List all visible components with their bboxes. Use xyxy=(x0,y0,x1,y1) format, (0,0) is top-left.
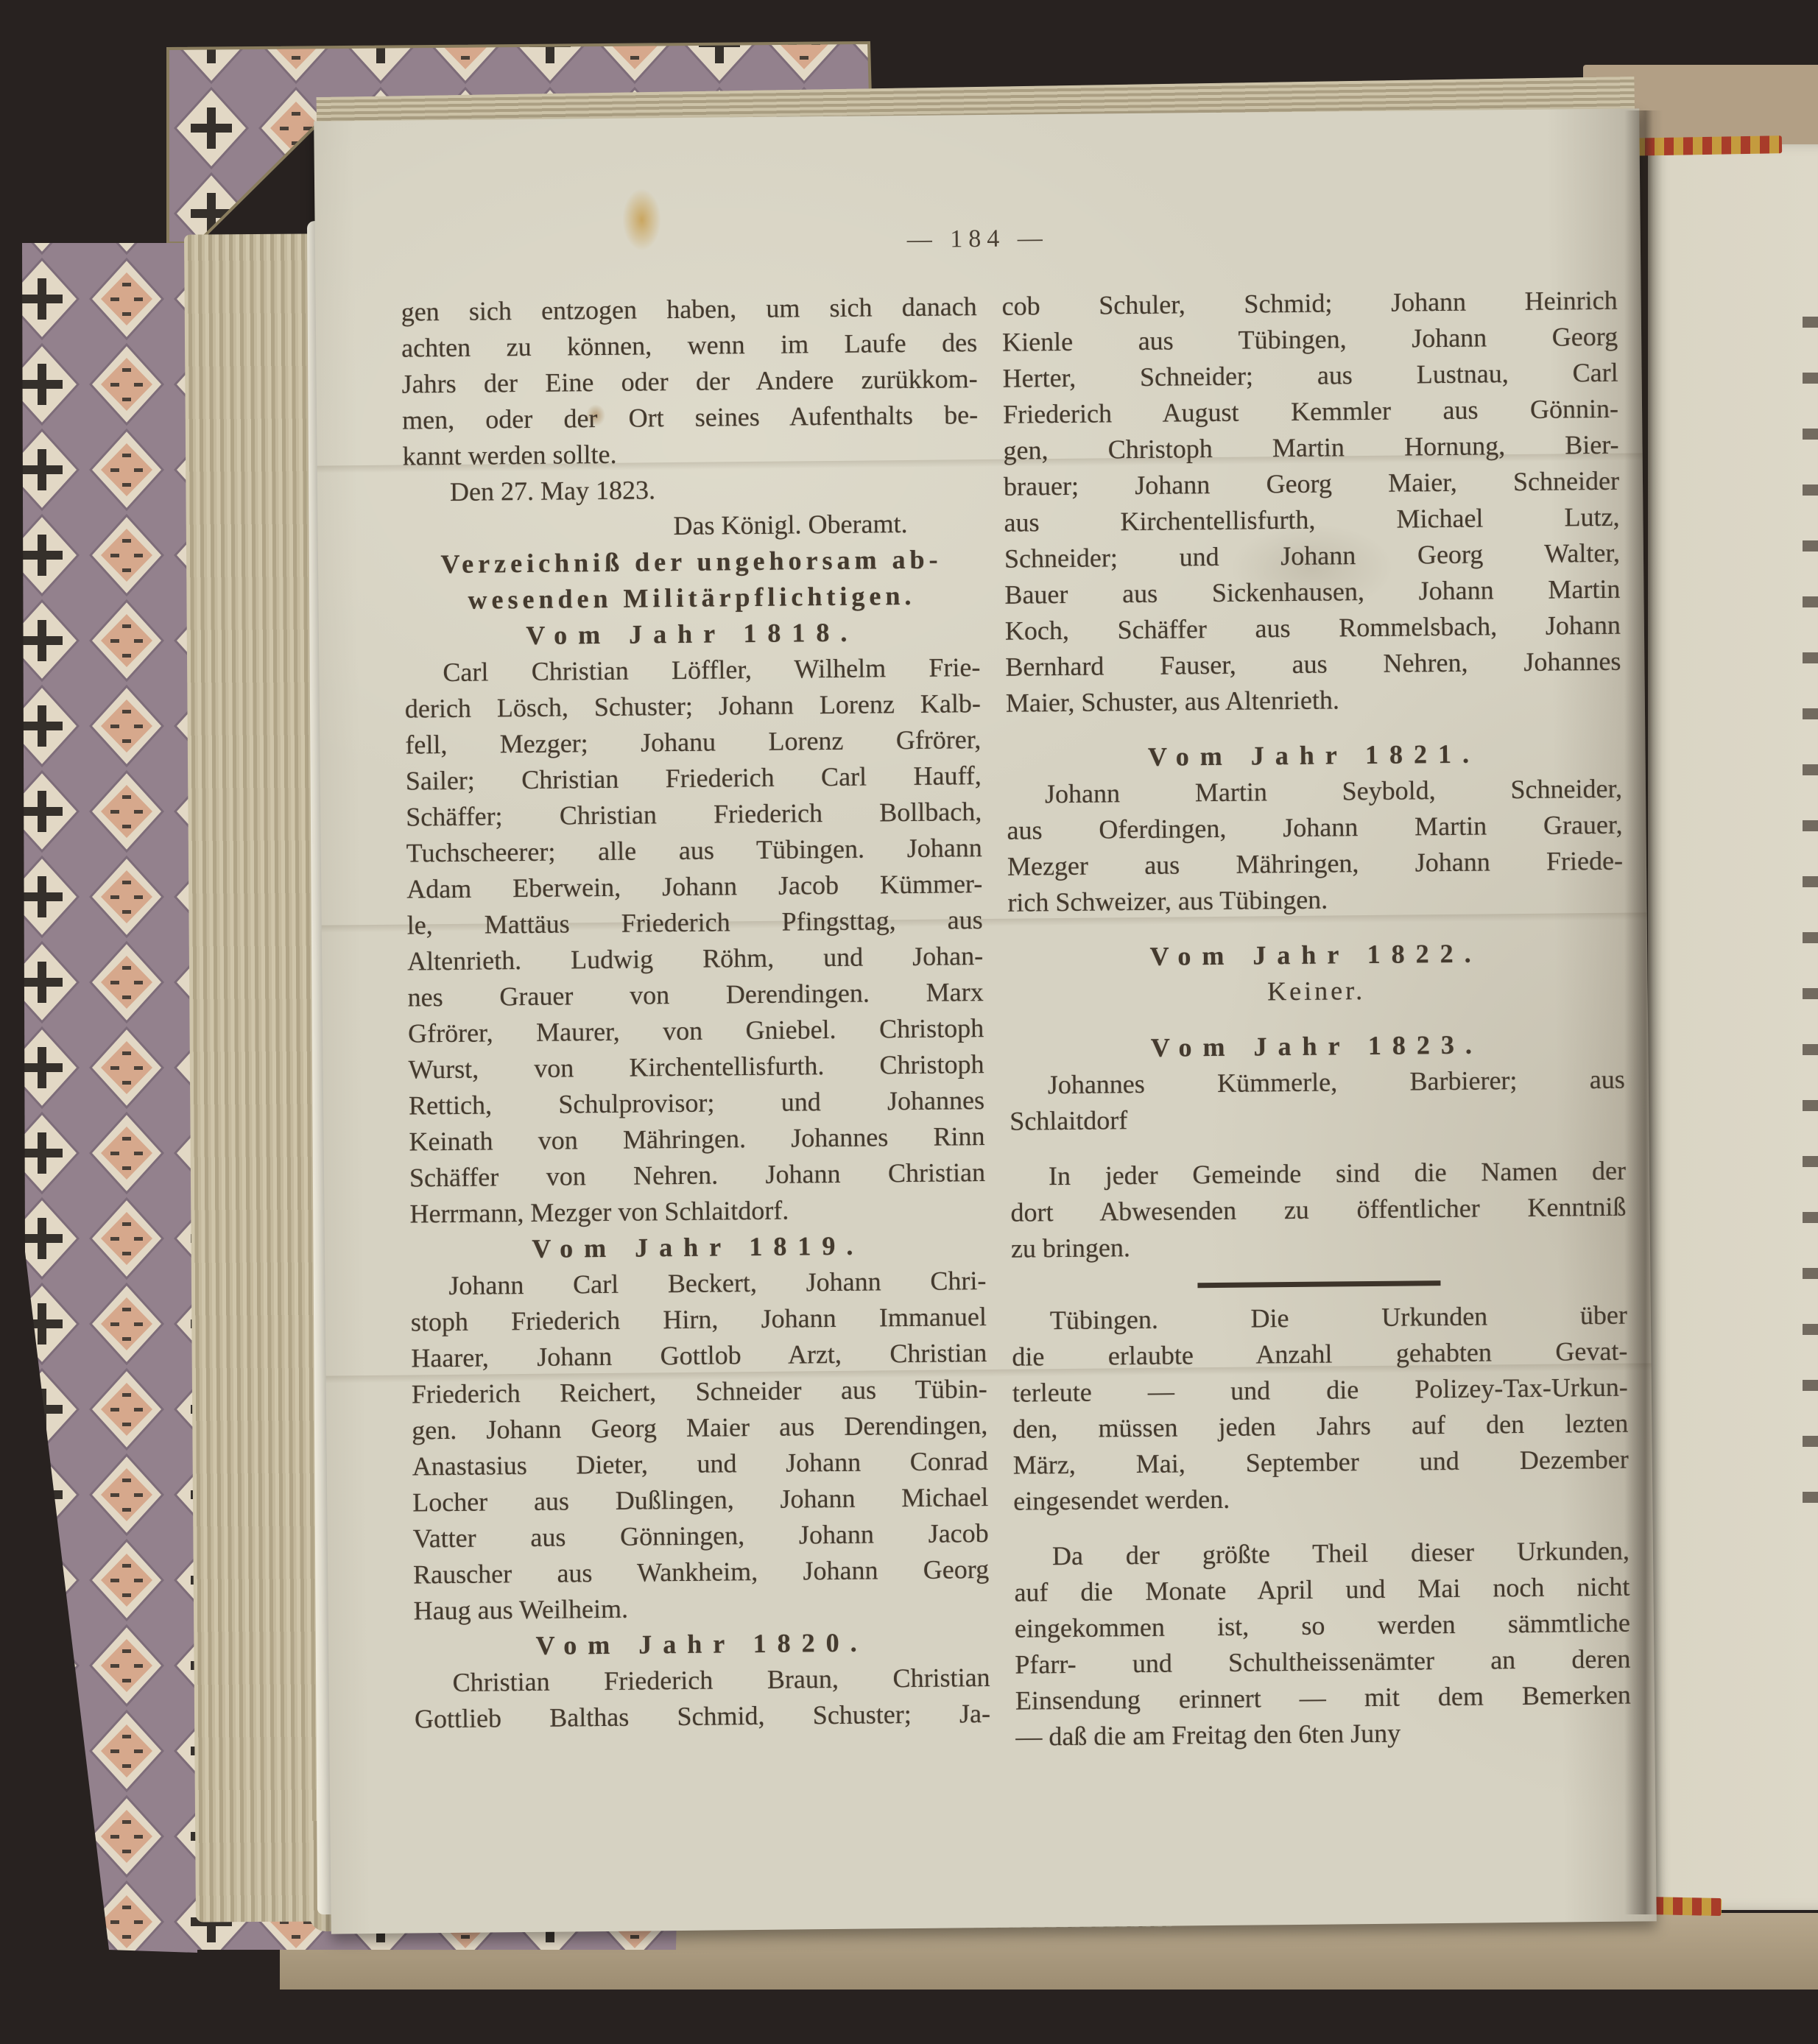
text-line: Johann Martin Seybold, Schneider, xyxy=(1007,771,1622,813)
text-line: Herrmann, Mezger von Schlaitdorf. xyxy=(409,1191,985,1233)
text-line: Haug aus Weilheim. xyxy=(413,1587,989,1629)
text-line: nes Grauer von Derendingen. Marx xyxy=(407,974,983,1016)
book-page: — 184 — gen sich entzogen haben, um sich… xyxy=(314,108,1657,1934)
text-line: eingekommen ist, so werden sämmtliche xyxy=(1015,1605,1630,1647)
text-line: Friederich August Kemmler aus Gönnin- xyxy=(1003,391,1618,433)
text-line: Keiner. xyxy=(1008,970,1624,1012)
text-line: Johann Carl Beckert, Johann Chri- xyxy=(410,1263,986,1305)
text-line: Pfarr- und Schultheissenämter an deren xyxy=(1015,1641,1630,1683)
text-line: derich Lösch, Schuster; Johann Lorenz Ka… xyxy=(405,686,981,727)
text-line: Keinath von Mähringen. Johannes Rinn xyxy=(409,1118,984,1160)
text-line: Einsendung erinnert — mit dem Bemerken xyxy=(1015,1677,1631,1719)
text-line: zu bringen. xyxy=(1011,1225,1627,1267)
text-line: In jeder Gemeinde sind die Namen der xyxy=(1010,1153,1626,1195)
text-line: Verzeichniß der ungehorsam ab- xyxy=(404,541,979,583)
text-line: — daß die am Freitag den 6ten Juny xyxy=(1015,1713,1631,1755)
text-line: Locher aus Dußlingen, Johann Michael xyxy=(412,1479,988,1521)
text-line: gen sich entzogen haben, um sich danach xyxy=(401,289,976,331)
text-line: Anastasius Dieter, und Johann Conrad xyxy=(412,1443,988,1485)
text-line: Haarer, Johann Gottlob Arzt, Christian xyxy=(411,1335,987,1377)
text-line: Herter, Schneider; aus Lustnau, Carl xyxy=(1002,355,1618,397)
text-line: rich Schweizer, aus Tübingen. xyxy=(1007,879,1623,921)
text-line: Christian Friederich Braun, Christian xyxy=(414,1660,990,1702)
text-line: Rauscher aus Wankheim, Johann Georg xyxy=(413,1551,989,1593)
text-line: Vom Jahr 1819. xyxy=(410,1227,986,1269)
gutter-shadow xyxy=(1624,110,1663,1914)
text-line: Vatter aus Gönningen, Johann Jacob xyxy=(412,1515,988,1557)
text-line: Tübingen. Die Urkunden über xyxy=(1012,1297,1627,1339)
text-line: Schneider; und Johann Georg Walter, xyxy=(1004,535,1620,577)
text-line: Vom Jahr 1822. xyxy=(1008,934,1624,976)
text-line: achten zu können, wenn im Laufe des xyxy=(401,325,977,367)
text-line: dort Abwesenden zu öffentlicher Kenntniß xyxy=(1010,1189,1626,1231)
text-line: Schäffer; Christian Friederich Bollbach, xyxy=(406,794,982,836)
right-column: cob Schuler, Schmid; Johann HeinrichKien… xyxy=(1001,283,1631,1755)
text-line: Vom Jahr 1821. xyxy=(1006,735,1621,777)
text-line: Vom Jahr 1823. xyxy=(1009,1026,1624,1068)
text-line: März, Mai, September und Dezember xyxy=(1013,1442,1629,1484)
text-line: Johannes Kümmerle, Barbierer; aus xyxy=(1010,1062,1625,1104)
text-line: men, oder der Ort seines Aufenthalts be- xyxy=(402,397,978,439)
text-line: Sailer; Christian Friederich Carl Hauff, xyxy=(406,758,982,800)
photographed-open-book: — 184 — gen sich entzogen haben, um sich… xyxy=(0,0,1818,2044)
facing-page-cropped-text xyxy=(1803,317,1818,1509)
text-line: Mezger aus Mähringen, Johann Friede- xyxy=(1007,843,1623,885)
text-line: Carl Christian Löffler, Wilhelm Frie- xyxy=(404,649,980,691)
text-line: Koch, Schäffer aus Rommelsbach, Johann xyxy=(1005,607,1621,649)
text-line: eingesendet werden. xyxy=(1013,1478,1629,1520)
text-line: Vom Jahr 1818. xyxy=(404,613,980,655)
text-line: Altenrieth. Ludwig Röhm, und Johan- xyxy=(407,938,983,980)
text-line: die erlaubte Anzahl gehabten Gevat- xyxy=(1012,1333,1627,1375)
text-line: terleute — und die Polizey-Tax-Urkun- xyxy=(1012,1370,1628,1412)
facing-page-sliver xyxy=(1648,144,1818,1910)
text-line: Den 27. May 1823. xyxy=(403,469,979,511)
text-line: Bauer aus Sickenhausen, Johann Martin xyxy=(1004,571,1620,613)
text-line: Vom Jahr 1820. xyxy=(414,1624,990,1666)
text-line: Kienle aus Tübingen, Johann Georg xyxy=(1002,319,1618,361)
text-line: Bernhard Fauser, aus Nehren, Johannes xyxy=(1005,644,1621,686)
text-line: Gfrörer, Maurer, von Gniebel. Christoph xyxy=(408,1010,984,1052)
text-line: gen. Johann Georg Maier aus Derendingen, xyxy=(412,1407,987,1449)
text-line: Adam Eberwein, Johann Jacob Kümmer- xyxy=(406,866,982,908)
text-line: Das Königl. Oberamt. xyxy=(403,505,979,547)
text-line: aus Oferdingen, Johann Martin Grauer, xyxy=(1007,807,1622,849)
text-line: Gottlieb Balthas Schmid, Schuster; Ja- xyxy=(415,1696,990,1738)
text-line: auf die Monate April und Mai noch nicht xyxy=(1014,1569,1629,1611)
text-line: kannt werden sollte. xyxy=(402,433,978,475)
text-line: Schlaitdorf xyxy=(1010,1098,1625,1140)
text-line: Tuchscheerer; alle aus Tübingen. Johann xyxy=(406,830,982,872)
text-line: gen, Christoph Martin Hornung, Bier- xyxy=(1003,427,1618,469)
left-column: gen sich entzogen haben, um sich danacha… xyxy=(401,289,990,1737)
text-line: wesenden Militärpflichtigen. xyxy=(404,577,979,619)
text-line: cob Schuler, Schmid; Johann Heinrich xyxy=(1001,283,1617,325)
text-line: Wurst, von Kirchentellisfurth. Christoph xyxy=(408,1046,984,1088)
text-line: Maier, Schuster, aus Altenrieth. xyxy=(1006,680,1621,722)
text-line: stoph Friederich Hirn, Johann Immanuel xyxy=(411,1299,987,1341)
text-line: le, Mattäus Friederich Pfingsttag, aus xyxy=(406,902,982,944)
text-line: fell, Mezger; Johanu Lorenz Gfrörer, xyxy=(405,722,981,764)
text-line: brauer; Johann Georg Maier, Schneider xyxy=(1004,463,1619,505)
text-line: Friederich Reichert, Schneider aus Tübin… xyxy=(412,1371,987,1413)
text-line: aus Kirchentellisfurth, Michael Lutz, xyxy=(1004,499,1619,541)
section-divider xyxy=(1197,1280,1440,1288)
text-line: Da der größte Theil dieser Urkunden, xyxy=(1014,1533,1629,1575)
page-number: — 184 — xyxy=(315,219,1641,259)
text-line: Rettich, Schulprovisor; und Johannes xyxy=(409,1082,984,1124)
text-line: Jahrs der Eine oder der Andere zurükkom- xyxy=(401,361,977,403)
text-line: Schäffer von Nehren. Johann Christian xyxy=(409,1155,985,1197)
text-line: den, müssen jeden Jahrs auf den lezten xyxy=(1012,1406,1628,1448)
